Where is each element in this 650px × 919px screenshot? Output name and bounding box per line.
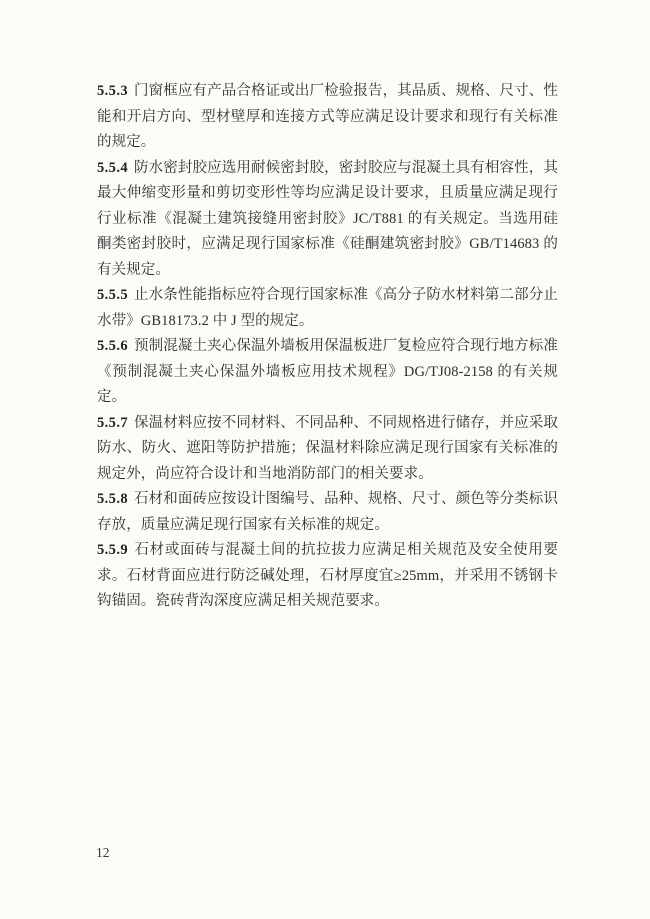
- clause-text: 石材和面砖应按设计图编号、品种、规格、尺寸、颜色等分类标识存放，质量应满足现行国…: [97, 491, 558, 533]
- document-body: 5.5.3门窗框应有产品合格证或出厂检验报告，其品质、规格、尺寸、性能和开启方向…: [97, 79, 558, 615]
- clause-number: 5.5.5: [97, 287, 128, 303]
- clause-number: 5.5.4: [97, 160, 128, 176]
- document-page: 5.5.3门窗框应有产品合格证或出厂检验报告，其品质、规格、尺寸、性能和开启方向…: [0, 0, 650, 919]
- clause-number: 5.5.6: [97, 338, 128, 354]
- clause-paragraph: 5.5.9石材或面砖与混凝土间的抗拉拔力应满足相关规范及安全使用要求。石材背面应…: [97, 538, 558, 615]
- clause-text: 预制混凝土夹心保温外墙板用保温板进厂复检应符合现行地方标准《预制混凝土夹心保温外…: [97, 338, 558, 405]
- clause-number: 5.5.3: [97, 83, 128, 99]
- clause-paragraph: 5.5.7保温材料应按不同材料、不同品种、不同规格进行储存，并应采取防水、防火、…: [97, 411, 558, 488]
- clause-number: 5.5.7: [97, 415, 128, 431]
- clause-text: 石材或面砖与混凝土间的抗拉拔力应满足相关规范及安全使用要求。石材背面应进行防泛碱…: [97, 542, 558, 609]
- clause-text: 保温材料应按不同材料、不同品种、不同规格进行储存，并应采取防水、防火、遮阳等防护…: [97, 415, 558, 482]
- clause-paragraph: 5.5.3门窗框应有产品合格证或出厂检验报告，其品质、规格、尺寸、性能和开启方向…: [97, 79, 558, 156]
- clause-text: 防水密封胶应选用耐候密封胶，密封胶应与混凝土具有相容性，其最大伸缩变形量和剪切变…: [97, 160, 558, 278]
- clause-number: 5.5.9: [97, 542, 128, 558]
- clause-paragraph: 5.5.6预制混凝土夹心保温外墙板用保温板进厂复检应符合现行地方标准《预制混凝土…: [97, 334, 558, 411]
- clause-number: 5.5.8: [97, 491, 128, 507]
- clause-paragraph: 5.5.5止水条性能指标应符合现行国家标准《高分子防水材料第二部分止水带》GB1…: [97, 283, 558, 334]
- clause-paragraph: 5.5.8石材和面砖应按设计图编号、品种、规格、尺寸、颜色等分类标识存放，质量应…: [97, 487, 558, 538]
- clause-paragraph: 5.5.4防水密封胶应选用耐候密封胶，密封胶应与混凝土具有相容性，其最大伸缩变形…: [97, 156, 558, 284]
- clause-text: 止水条性能指标应符合现行国家标准《高分子防水材料第二部分止水带》GB18173.…: [97, 287, 558, 329]
- clause-text: 门窗框应有产品合格证或出厂检验报告，其品质、规格、尺寸、性能和开启方向、型材壁厚…: [97, 83, 558, 150]
- page-number: 12: [96, 845, 110, 861]
